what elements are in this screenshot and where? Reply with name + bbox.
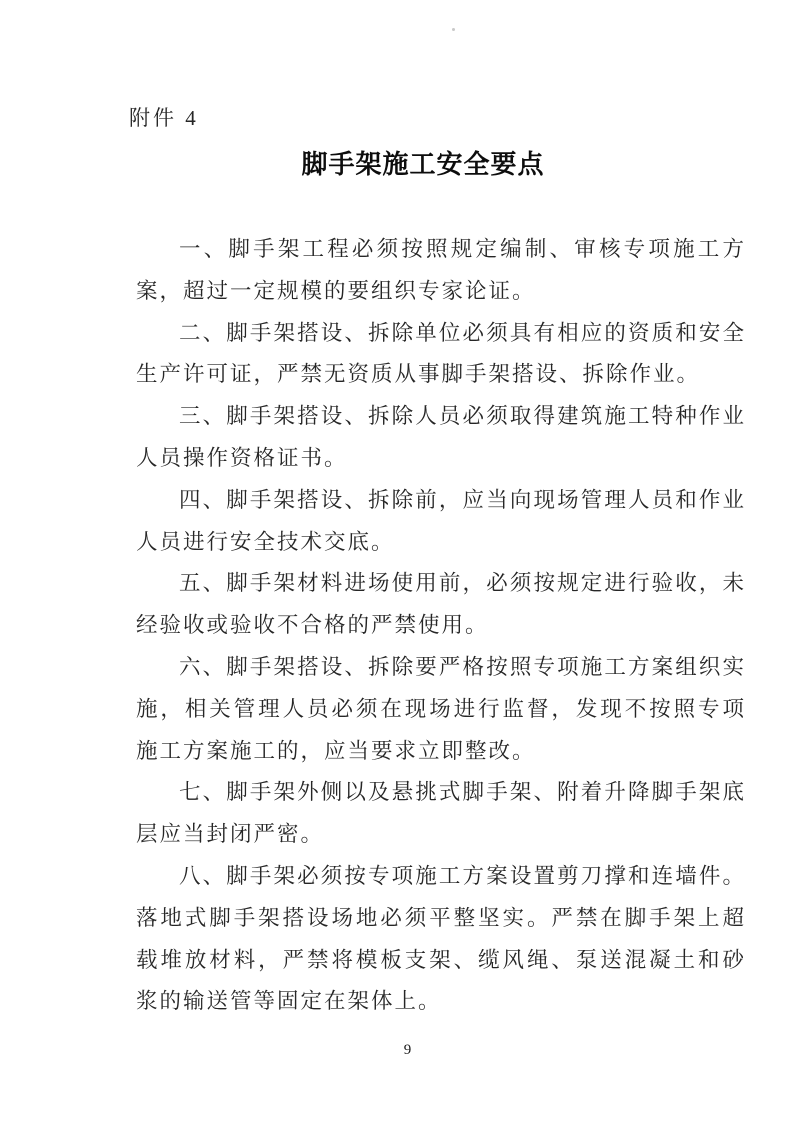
attachment-label: 附件 4 bbox=[129, 102, 199, 132]
document-body: 一、脚手架工程必须按照规定编制、审核专项施工方案，超过一定规模的要组织专家论证。… bbox=[136, 229, 746, 1023]
body-paragraph-5: 五、脚手架材料进场使用前，必须按规定进行验收，未经验收或验收不合格的严禁使用。 bbox=[136, 563, 746, 647]
body-paragraph-2: 二、脚手架搭设、拆除单位必须具有相应的资质和安全生产许可证，严禁无资质从事脚手架… bbox=[136, 313, 746, 397]
body-paragraph-3: 三、脚手架搭设、拆除人员必须取得建筑施工特种作业人员操作资格证书。 bbox=[136, 396, 746, 480]
body-paragraph-8: 八、脚手架必须按专项施工方案设置剪刀撑和连墙件。落地式脚手架搭设场地必须平整坚实… bbox=[136, 856, 746, 1023]
body-paragraph-4: 四、脚手架搭设、拆除前，应当向现场管理人员和作业人员进行安全技术交底。 bbox=[136, 480, 746, 564]
scan-artifact-speck bbox=[452, 28, 455, 31]
body-paragraph-7: 七、脚手架外侧以及悬挑式脚手架、附着升降脚手架底层应当封闭严密。 bbox=[136, 772, 746, 856]
body-paragraph-1: 一、脚手架工程必须按照规定编制、审核专项施工方案，超过一定规模的要组织专家论证。 bbox=[136, 229, 746, 313]
document-page: 附件 4 脚手架施工安全要点 一、脚手架工程必须按照规定编制、审核专项施工方案，… bbox=[0, 0, 803, 1128]
document-title: 脚手架施工安全要点 bbox=[118, 144, 728, 181]
body-paragraph-6: 六、脚手架搭设、拆除要严格按照专项施工方案组织实施，相关管理人员必须在现场进行监… bbox=[136, 647, 746, 772]
page-number: 9 bbox=[0, 1042, 803, 1059]
